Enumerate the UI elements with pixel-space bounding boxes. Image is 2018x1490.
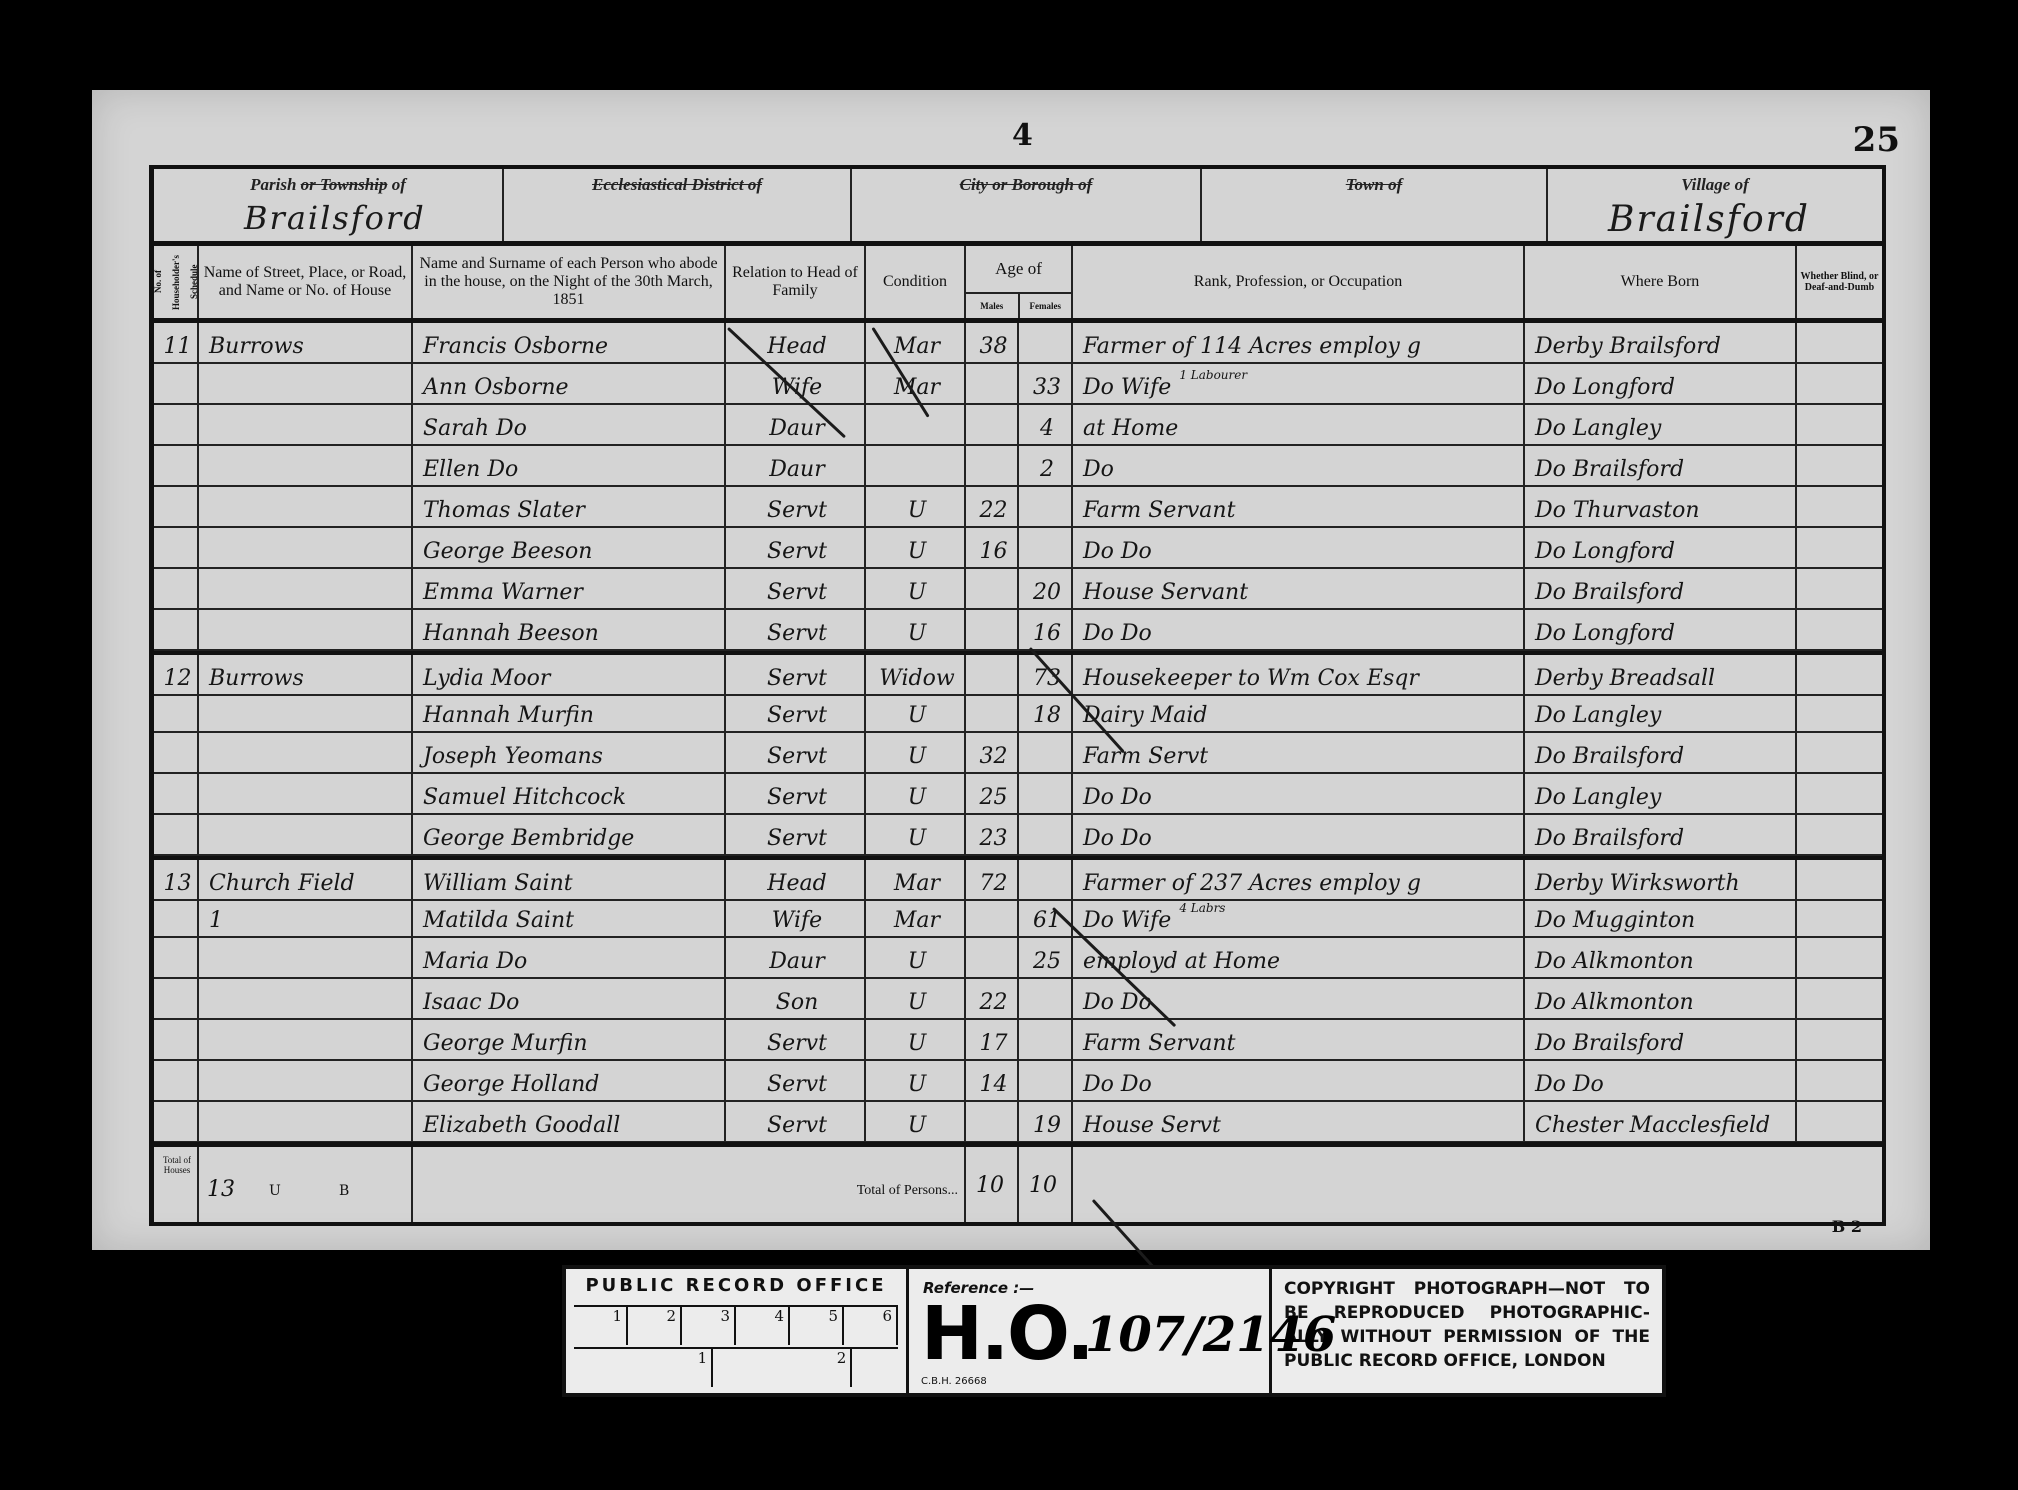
occupation: at Home xyxy=(1073,405,1525,446)
person-name: William Saint xyxy=(413,860,726,901)
street-name xyxy=(199,979,413,1020)
schedule-number xyxy=(154,610,199,651)
age-female: 20 xyxy=(1019,569,1073,610)
schedule-number xyxy=(154,692,199,733)
blind-deaf xyxy=(1797,655,1882,696)
blind-deaf xyxy=(1797,774,1882,815)
where-born: Do Brailsford xyxy=(1525,1020,1797,1061)
schedule-number xyxy=(154,774,199,815)
street-name xyxy=(199,569,413,610)
city-label: City or Borough of xyxy=(852,175,1200,195)
age-male xyxy=(966,692,1019,733)
person-name: Joseph Yeomans xyxy=(413,733,726,774)
location-header: Parish or Township of Brailsford Ecclesi… xyxy=(154,169,1882,246)
table-row: Joseph YeomansServtU32Farm ServtDo Brail… xyxy=(154,733,1882,774)
city-cell: City or Borough of xyxy=(852,169,1202,241)
condition: Mar xyxy=(866,897,966,938)
occupation: Farmer of 237 Acres employ g xyxy=(1073,860,1525,901)
age-male xyxy=(966,446,1019,487)
relation: Servt xyxy=(726,487,866,528)
col-relation: Relation to Head of Family xyxy=(726,246,866,318)
relation: Daur xyxy=(726,405,866,446)
person-name: Matilda Saint xyxy=(413,897,726,938)
relation: Servt xyxy=(726,1102,866,1143)
table-row: Hannah BeesonServtU16Do DoDo Longford xyxy=(154,610,1882,651)
where-born: Do Longford xyxy=(1525,610,1797,651)
col-age-label: Age of xyxy=(966,246,1071,294)
street-name: 1 xyxy=(199,897,413,938)
person-name: Maria Do xyxy=(413,938,726,979)
age-male: 16 xyxy=(966,528,1019,569)
col-condition: Condition xyxy=(866,246,966,318)
age-female xyxy=(1019,979,1073,1020)
table-row: George BeesonServtU16Do DoDo Longford xyxy=(154,528,1882,569)
col-age-males: Males xyxy=(966,294,1020,318)
where-born: Do Langley xyxy=(1525,405,1797,446)
relation: Head xyxy=(726,860,866,901)
houses-total-label: Total of Houses xyxy=(154,1147,199,1222)
condition: U xyxy=(866,733,966,774)
age-male: 14 xyxy=(966,1061,1019,1102)
blind-deaf xyxy=(1797,733,1882,774)
occupation: Do Do xyxy=(1073,979,1525,1020)
table-row: George MurfinServtU17Farm ServantDo Brai… xyxy=(154,1020,1882,1061)
age-male: 22 xyxy=(966,979,1019,1020)
age-male xyxy=(966,1102,1019,1143)
parish-value: Brailsford xyxy=(244,199,426,237)
col-name: Name and Surname of each Person who abod… xyxy=(413,246,726,318)
blind-deaf xyxy=(1797,860,1882,901)
occupation: Do Do xyxy=(1073,1061,1525,1102)
table-row: Emma WarnerServtU20House ServantDo Brail… xyxy=(154,569,1882,610)
age-female xyxy=(1019,323,1073,364)
age-male: 25 xyxy=(966,774,1019,815)
table-row: 13Church FieldWilliam SaintHeadMar72Farm… xyxy=(154,856,1882,901)
relation: Servt xyxy=(726,815,866,856)
table-row: Maria DoDaurU25employd at HomeDo Alkmont… xyxy=(154,938,1882,979)
street-name xyxy=(199,938,413,979)
census-page: 4 25 B 2 Parish or Township of Brailsfor… xyxy=(92,90,1930,1250)
schedule-number xyxy=(154,405,199,446)
occupation-note: 4 Labrs xyxy=(1179,901,1225,915)
schedule-number xyxy=(154,938,199,979)
age-male xyxy=(966,655,1019,696)
street-name: Church Field xyxy=(199,860,413,901)
blind-deaf xyxy=(1797,569,1882,610)
street-name xyxy=(199,364,413,405)
age-female xyxy=(1019,1020,1073,1061)
blind-deaf xyxy=(1797,323,1882,364)
where-born: Do Mugginton xyxy=(1525,897,1797,938)
age-female: 16 xyxy=(1019,610,1073,651)
col-age-females: Females xyxy=(1020,294,1072,318)
age-male xyxy=(966,405,1019,446)
relation: Servt xyxy=(726,1061,866,1102)
person-name: George Bembridge xyxy=(413,815,726,856)
village-value: Brailsford xyxy=(1608,199,1810,240)
street-name xyxy=(199,446,413,487)
age-female xyxy=(1019,733,1073,774)
occupation: Housekeeper to Wm Cox Esqr xyxy=(1073,655,1525,696)
ecclesiastical-label: Ecclesiastical District of xyxy=(504,175,850,195)
schedule-number xyxy=(154,1102,199,1143)
occupation: Farm Servant xyxy=(1073,1020,1525,1061)
street-name xyxy=(199,733,413,774)
relation: Daur xyxy=(726,938,866,979)
blind-deaf xyxy=(1797,1102,1882,1143)
condition: U xyxy=(866,938,966,979)
blind-deaf xyxy=(1797,610,1882,651)
col-age: Age of MalesFemales xyxy=(966,246,1073,318)
occupation: Do Do xyxy=(1073,528,1525,569)
person-name: Lydia Moor xyxy=(413,655,726,696)
village-label: Village of xyxy=(1548,175,1882,195)
relation: Servt xyxy=(726,692,866,733)
schedule-number: 11 xyxy=(154,323,199,364)
schedule-number xyxy=(154,364,199,405)
schedule-number: 12 xyxy=(154,655,199,696)
table-row: 12BurrowsLydia MoorServtWidow73Housekeep… xyxy=(154,651,1882,696)
occupation: Do Wife4 Labrs xyxy=(1073,897,1525,938)
age-female xyxy=(1019,487,1073,528)
person-name: Hannah Beeson xyxy=(413,610,726,651)
relation: Servt xyxy=(726,733,866,774)
condition: U xyxy=(866,815,966,856)
table-row: 1Matilda SaintWifeMar61Do Wife4 LabrsDo … xyxy=(154,897,1882,938)
street-name xyxy=(199,1102,413,1143)
street-name xyxy=(199,774,413,815)
condition xyxy=(866,446,966,487)
blind-deaf xyxy=(1797,487,1882,528)
person-name: George Holland xyxy=(413,1061,726,1102)
males-total: 10 xyxy=(966,1147,1019,1222)
houses-total: 13 U B xyxy=(199,1147,413,1222)
blind-deaf xyxy=(1797,1061,1882,1102)
age-male xyxy=(966,364,1019,405)
col-occupation: Rank, Profession, or Occupation xyxy=(1073,246,1525,318)
table-row: Ann OsborneWifeMar33Do Wife1 LabourerDo … xyxy=(154,364,1882,405)
relation: Servt xyxy=(726,528,866,569)
occupation: Do Do xyxy=(1073,774,1525,815)
where-born: Do Brailsford xyxy=(1525,569,1797,610)
table-row: Hannah MurfinServtU18Dairy MaidDo Langle… xyxy=(154,692,1882,733)
where-born: Do Longford xyxy=(1525,364,1797,405)
condition: U xyxy=(866,979,966,1020)
person-name: Elizabeth Goodall xyxy=(413,1102,726,1143)
age-female xyxy=(1019,1061,1073,1102)
condition: Mar xyxy=(866,860,966,901)
totals-blank xyxy=(1073,1147,1882,1222)
building-label: B xyxy=(339,1183,349,1199)
schedule-number xyxy=(154,487,199,528)
person-name: George Beeson xyxy=(413,528,726,569)
where-born: Do Brailsford xyxy=(1525,815,1797,856)
condition: U xyxy=(866,487,966,528)
age-male: 72 xyxy=(966,860,1019,901)
occupation: House Servt xyxy=(1073,1102,1525,1143)
uninhabited-label: U xyxy=(269,1183,281,1199)
condition: U xyxy=(866,774,966,815)
person-name: Ellen Do xyxy=(413,446,726,487)
col-street: Name of Street, Place, or Road, and Name… xyxy=(199,246,413,318)
person-name: Isaac Do xyxy=(413,979,726,1020)
condition: Widow xyxy=(866,655,966,696)
blind-deaf xyxy=(1797,1020,1882,1061)
age-female: 19 xyxy=(1019,1102,1073,1143)
person-name: Thomas Slater xyxy=(413,487,726,528)
reference-prefix: H.O. xyxy=(921,1291,1092,1377)
age-male xyxy=(966,897,1019,938)
where-born: Do Thurvaston xyxy=(1525,487,1797,528)
blind-deaf xyxy=(1797,446,1882,487)
age-female: 2 xyxy=(1019,446,1073,487)
females-total: 10 xyxy=(1019,1147,1073,1222)
age-male xyxy=(966,610,1019,651)
schedule-number xyxy=(154,528,199,569)
occupation: House Servant xyxy=(1073,569,1525,610)
where-born: Chester Macclesfield xyxy=(1525,1102,1797,1143)
where-born: Do Do xyxy=(1525,1061,1797,1102)
where-born: Do Brailsford xyxy=(1525,733,1797,774)
occupation: Do Do xyxy=(1073,610,1525,651)
age-female: 25 xyxy=(1019,938,1073,979)
occupation: Do Do xyxy=(1073,815,1525,856)
schedule-number xyxy=(154,815,199,856)
occupation: Farmer of 114 Acres employ g xyxy=(1073,323,1525,364)
age-male: 22 xyxy=(966,487,1019,528)
ecclesiastical-cell: Ecclesiastical District of xyxy=(504,169,852,241)
street-name xyxy=(199,692,413,733)
relation: Servt xyxy=(726,1020,866,1061)
street-name xyxy=(199,1020,413,1061)
condition: U xyxy=(866,1102,966,1143)
persons-total-label: Total of Persons... xyxy=(413,1147,966,1222)
street-name xyxy=(199,528,413,569)
column-headers: No. of Householder's Schedule Name of St… xyxy=(154,246,1882,323)
schedule-number xyxy=(154,1020,199,1061)
condition xyxy=(866,405,966,446)
where-born: Do Langley xyxy=(1525,774,1797,815)
relation: Servt xyxy=(726,774,866,815)
schedule-number: 13 xyxy=(154,860,199,901)
street-name xyxy=(199,487,413,528)
age-female: 33 xyxy=(1019,364,1073,405)
stamp-code: C.B.H. 26668 xyxy=(921,1376,987,1387)
ruler-inches: 1 2 3 4 5 6 xyxy=(574,1305,898,1345)
condition: U xyxy=(866,1020,966,1061)
person-name: Sarah Do xyxy=(413,405,726,446)
person-name: Francis Osborne xyxy=(413,323,726,364)
relation: Son xyxy=(726,979,866,1020)
blind-deaf xyxy=(1797,364,1882,405)
occupation: Farm Servant xyxy=(1073,487,1525,528)
table-row: Sarah DoDaur4at HomeDo Langley xyxy=(154,405,1882,446)
parish-cell: Parish or Township of Brailsford xyxy=(154,169,504,241)
person-name: Emma Warner xyxy=(413,569,726,610)
relation: Servt xyxy=(726,569,866,610)
blind-deaf xyxy=(1797,979,1882,1020)
blind-deaf xyxy=(1797,692,1882,733)
age-female: 4 xyxy=(1019,405,1073,446)
person-name: Samuel Hitchcock xyxy=(413,774,726,815)
public-record-office-stamp: PUBLIC RECORD OFFICE 1 2 3 4 5 6 1 2 Ref… xyxy=(562,1265,1666,1397)
occupation: Do xyxy=(1073,446,1525,487)
col-where-born: Where Born xyxy=(1525,246,1797,318)
schedule-number xyxy=(154,897,199,938)
stamp-reference-panel: Reference :— H.O. 107/2146 C.B.H. 26668 xyxy=(909,1269,1272,1393)
folio-number: 25 xyxy=(1853,120,1900,160)
town-cell: Town of xyxy=(1202,169,1548,241)
where-born: Derby Brailsford xyxy=(1525,323,1797,364)
table-row: 11BurrowsFrancis OsborneHeadMar38Farmer … xyxy=(154,323,1882,364)
census-form: Parish or Township of Brailsford Ecclesi… xyxy=(149,165,1886,1226)
age-female xyxy=(1019,860,1073,901)
table-row: Ellen DoDaur2DoDo Brailsford xyxy=(154,446,1882,487)
reference-number: 107/2146 xyxy=(1085,1307,1336,1363)
page-number-center: 4 xyxy=(1012,118,1033,153)
table-row: Samuel HitchcockServtU25Do DoDo Langley xyxy=(154,774,1882,815)
occupation: employd at Home xyxy=(1073,938,1525,979)
schedule-number xyxy=(154,446,199,487)
schedule-number xyxy=(154,1061,199,1102)
schedule-number xyxy=(154,979,199,1020)
condition: U xyxy=(866,528,966,569)
condition: U xyxy=(866,1061,966,1102)
table-row: George HollandServtU14Do DoDo Do xyxy=(154,1061,1882,1102)
ruler-cm: 1 2 xyxy=(574,1347,898,1387)
condition: U xyxy=(866,610,966,651)
condition: U xyxy=(866,692,966,733)
col-blind: Whether Blind, or Deaf-and-Dumb xyxy=(1797,246,1882,318)
street-name xyxy=(199,405,413,446)
where-born: Do Langley xyxy=(1525,692,1797,733)
table-row: Isaac DoSonU22Do DoDo Alkmonton xyxy=(154,979,1882,1020)
schedule-number xyxy=(154,569,199,610)
blind-deaf xyxy=(1797,938,1882,979)
blind-deaf xyxy=(1797,815,1882,856)
census-entries: 11BurrowsFrancis OsborneHeadMar38Farmer … xyxy=(154,323,1882,1143)
where-born: Derby Wirksworth xyxy=(1525,860,1797,901)
town-label: Town of xyxy=(1202,175,1546,195)
where-born: Do Longford xyxy=(1525,528,1797,569)
person-name: Hannah Murfin xyxy=(413,692,726,733)
person-name: Ann Osborne xyxy=(413,364,726,405)
blind-deaf xyxy=(1797,897,1882,938)
schedule-number xyxy=(154,733,199,774)
stamp-ruler-panel: PUBLIC RECORD OFFICE 1 2 3 4 5 6 1 2 xyxy=(566,1269,909,1393)
age-male: 32 xyxy=(966,733,1019,774)
blind-deaf xyxy=(1797,405,1882,446)
age-male: 23 xyxy=(966,815,1019,856)
relation: Wife xyxy=(726,897,866,938)
condition: U xyxy=(866,569,966,610)
age-female xyxy=(1019,774,1073,815)
where-born: Do Alkmonton xyxy=(1525,979,1797,1020)
age-female xyxy=(1019,815,1073,856)
age-female xyxy=(1019,528,1073,569)
where-born: Do Brailsford xyxy=(1525,446,1797,487)
relation: Daur xyxy=(726,446,866,487)
blind-deaf xyxy=(1797,528,1882,569)
occupation: Farm Servt xyxy=(1073,733,1525,774)
col-schedule: No. of Householder's Schedule xyxy=(154,246,199,318)
stamp-office-title: PUBLIC RECORD OFFICE xyxy=(566,1275,906,1296)
relation: Servt xyxy=(726,655,866,696)
street-name xyxy=(199,815,413,856)
where-born: Derby Breadsall xyxy=(1525,655,1797,696)
street-name: Burrows xyxy=(199,655,413,696)
occupation-note: 1 Labourer xyxy=(1179,368,1247,382)
occupation: Dairy Maid xyxy=(1073,692,1525,733)
street-name xyxy=(199,610,413,651)
age-male: 38 xyxy=(966,323,1019,364)
person-name: George Murfin xyxy=(413,1020,726,1061)
occupation: Do Wife1 Labourer xyxy=(1073,364,1525,405)
totals-row: Total of Houses 13 U B Total of Persons.… xyxy=(154,1142,1882,1222)
street-name: Burrows xyxy=(199,323,413,364)
age-male: 17 xyxy=(966,1020,1019,1061)
table-row: Thomas SlaterServtU22Farm ServantDo Thur… xyxy=(154,487,1882,528)
age-male xyxy=(966,938,1019,979)
parish-label: Parish or Township of xyxy=(154,175,502,195)
relation: Wife xyxy=(726,364,866,405)
street-name xyxy=(199,1061,413,1102)
age-male xyxy=(966,569,1019,610)
village-cell: Village of Brailsford xyxy=(1548,169,1882,241)
age-female: 18 xyxy=(1019,692,1073,733)
relation: Servt xyxy=(726,610,866,651)
where-born: Do Alkmonton xyxy=(1525,938,1797,979)
table-row: Elizabeth GoodallServtU19House ServtChes… xyxy=(154,1102,1882,1143)
houses-total-value: 13 xyxy=(207,1177,235,1202)
table-row: George BembridgeServtU23Do DoDo Brailsfo… xyxy=(154,815,1882,856)
